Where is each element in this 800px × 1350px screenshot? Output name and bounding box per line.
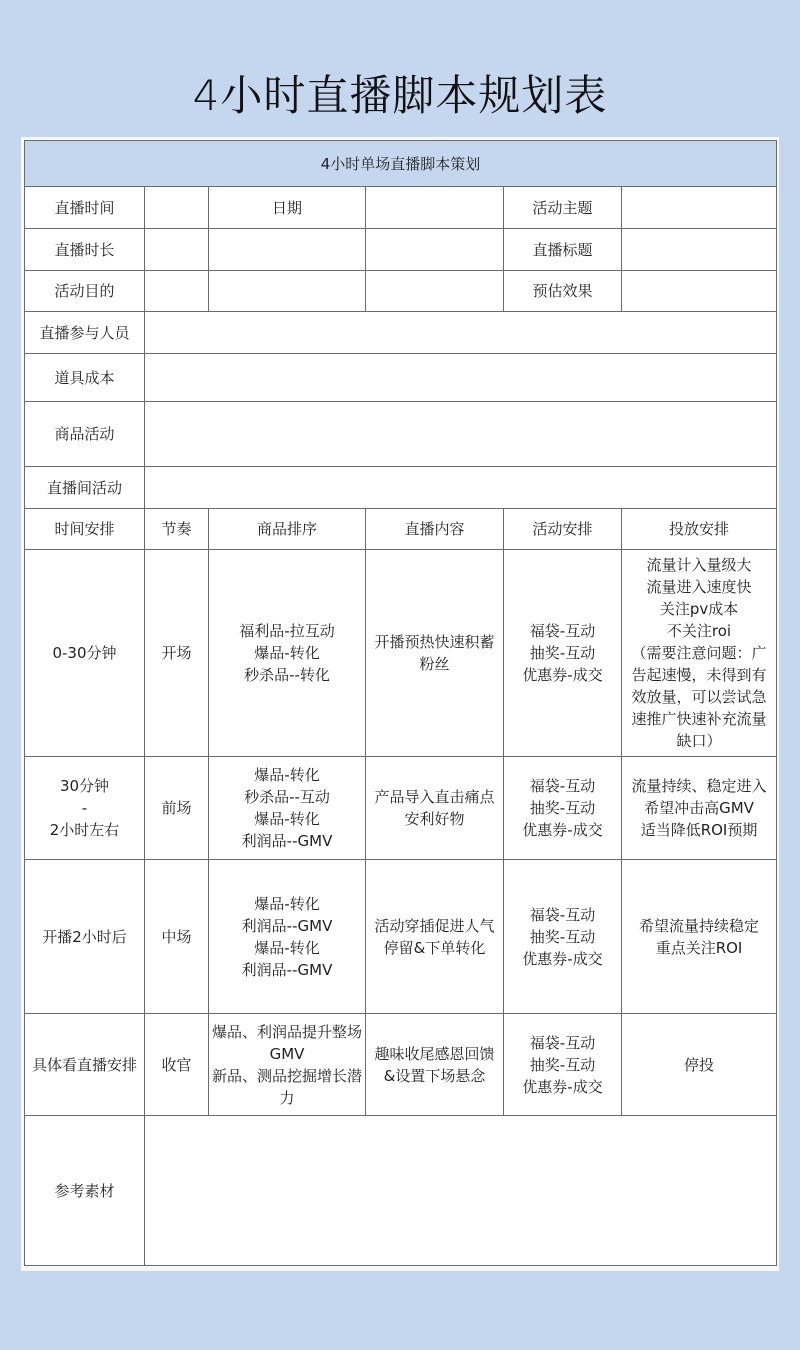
activities-cell: 福袋-互动 抽奖-互动 优惠券-成交 xyxy=(504,757,622,860)
products-cell: 爆品-转化 利润品--GMV 爆品-转化 利润品--GMV xyxy=(209,860,366,1014)
time-cell: 具体看直播安排 xyxy=(25,1014,145,1116)
activities-cell: 福袋-互动 抽奖-互动 优惠券-成交 xyxy=(504,860,622,1014)
column-header-rhythm: 节奏 xyxy=(145,509,209,550)
time-cell: 0-30分钟 xyxy=(25,550,145,757)
wide-row: 商品活动 xyxy=(25,402,777,467)
reference-value-cell[interactable] xyxy=(145,1116,777,1266)
table-row: 0-30分钟 开场 福利品-拉互动 爆品-转化 秒杀品--转化 开播预热快速积蓄… xyxy=(25,550,777,757)
ads-cell: 流量计入量级大 流量进入速度快 关注pv成本 不关注roi （需要注意问题：广告… xyxy=(622,550,777,757)
script-plan-table: 4小时单场直播脚本策划 直播时间 日期 活动主题 直播时长 直播标题 活动目的 xyxy=(24,140,777,1266)
wide-row: 道具成本 xyxy=(25,354,777,402)
products-cell: 福利品-拉互动 爆品-转化 秒杀品--转化 xyxy=(209,550,366,757)
row-label-product-activity: 商品活动 xyxy=(25,402,145,467)
row-label-expected-effect: 预估效果 xyxy=(504,271,622,312)
sheet-frame: 4小时单场直播脚本策划 直播时间 日期 活动主题 直播时长 直播标题 活动目的 xyxy=(21,137,779,1271)
column-header-ads: 投放安排 xyxy=(622,509,777,550)
live-time-value-cell[interactable] xyxy=(145,187,209,229)
wide-row: 直播参与人员 xyxy=(25,312,777,354)
reference-row: 参考素材 xyxy=(25,1116,777,1266)
column-header-activities: 活动安排 xyxy=(504,509,622,550)
row-label-purpose: 活动目的 xyxy=(25,271,145,312)
time-cell: 30分钟 - 2小时左右 xyxy=(25,757,145,860)
table-row: 开播2小时后 中场 爆品-转化 利润品--GMV 爆品-转化 利润品--GMV … xyxy=(25,860,777,1014)
ads-cell: 希望流量持续稳定 重点关注ROI xyxy=(622,860,777,1014)
schedule-header-row: 时间安排 节奏 商品排序 直播内容 活动安排 投放安排 xyxy=(25,509,777,550)
date-label: 日期 xyxy=(209,187,366,229)
rhythm-cell: 前场 xyxy=(145,757,209,860)
participants-value-cell[interactable] xyxy=(145,312,777,354)
rhythm-cell: 收官 xyxy=(145,1014,209,1116)
purpose-mid-cell[interactable] xyxy=(209,271,366,312)
page: 4小时直播脚本规划表 4小时单场直播脚本策划 直播时间 日期 活动主题 xyxy=(0,0,800,1350)
info-row: 活动目的 预估效果 xyxy=(25,271,777,312)
activities-cell: 福袋-互动 抽奖-互动 优惠券-成交 xyxy=(504,1014,622,1116)
column-header-content: 直播内容 xyxy=(366,509,504,550)
row-label-theme: 活动主题 xyxy=(504,187,622,229)
time-cell: 开播2小时后 xyxy=(25,860,145,1014)
ads-cell: 停投 xyxy=(622,1014,777,1116)
ads-cell: 流量持续、稳定进入 希望冲击高GMV 适当降低ROI预期 xyxy=(622,757,777,860)
table-row: 具体看直播安排 收官 爆品、利润品提升整场GMV 新品、测品挖掘增长潜力 趣味收… xyxy=(25,1014,777,1116)
duration-mid-cell[interactable] xyxy=(209,229,366,271)
page-title: 4小时直播脚本规划表 xyxy=(0,66,800,126)
expected-effect-value-cell[interactable] xyxy=(622,271,777,312)
wide-row: 直播间活动 xyxy=(25,467,777,509)
row-label-room-activity: 直播间活动 xyxy=(25,467,145,509)
info-row: 直播时间 日期 活动主题 xyxy=(25,187,777,229)
column-header-time: 时间安排 xyxy=(25,509,145,550)
table-banner: 4小时单场直播脚本策划 xyxy=(25,141,777,187)
content-cell: 趣味收尾感恩回馈 &设置下场悬念 xyxy=(366,1014,504,1116)
prop-cost-value-cell[interactable] xyxy=(145,354,777,402)
row-label-live-title: 直播标题 xyxy=(504,229,622,271)
room-activity-value-cell[interactable] xyxy=(145,467,777,509)
row-label-reference: 参考素材 xyxy=(25,1116,145,1266)
row-label-participants: 直播参与人员 xyxy=(25,312,145,354)
content-cell: 活动穿插促进人气 停留&下单转化 xyxy=(366,860,504,1014)
banner-row: 4小时单场直播脚本策划 xyxy=(25,141,777,187)
products-cell: 爆品-转化 秒杀品--互动 爆品-转化 利润品--GMV xyxy=(209,757,366,860)
content-cell: 开播预热快速积蓄 粉丝 xyxy=(366,550,504,757)
purpose-value-cell[interactable] xyxy=(145,271,209,312)
info-row: 直播时长 直播标题 xyxy=(25,229,777,271)
rhythm-cell: 开场 xyxy=(145,550,209,757)
row-label-prop-cost: 道具成本 xyxy=(25,354,145,402)
live-title-value-cell[interactable] xyxy=(622,229,777,271)
date-value-cell[interactable] xyxy=(366,187,504,229)
product-activity-value-cell[interactable] xyxy=(145,402,777,467)
duration-extra-cell[interactable] xyxy=(366,229,504,271)
purpose-extra-cell[interactable] xyxy=(366,271,504,312)
content-cell: 产品导入直击痛点 安利好物 xyxy=(366,757,504,860)
row-label-duration: 直播时长 xyxy=(25,229,145,271)
row-label-live-time: 直播时间 xyxy=(25,187,145,229)
theme-value-cell[interactable] xyxy=(622,187,777,229)
duration-value-cell[interactable] xyxy=(145,229,209,271)
table-row: 30分钟 - 2小时左右 前场 爆品-转化 秒杀品--互动 爆品-转化 利润品-… xyxy=(25,757,777,860)
products-cell: 爆品、利润品提升整场GMV 新品、测品挖掘增长潜力 xyxy=(209,1014,366,1116)
activities-cell: 福袋-互动 抽奖-互动 优惠券-成交 xyxy=(504,550,622,757)
rhythm-cell: 中场 xyxy=(145,860,209,1014)
column-header-products: 商品排序 xyxy=(209,509,366,550)
